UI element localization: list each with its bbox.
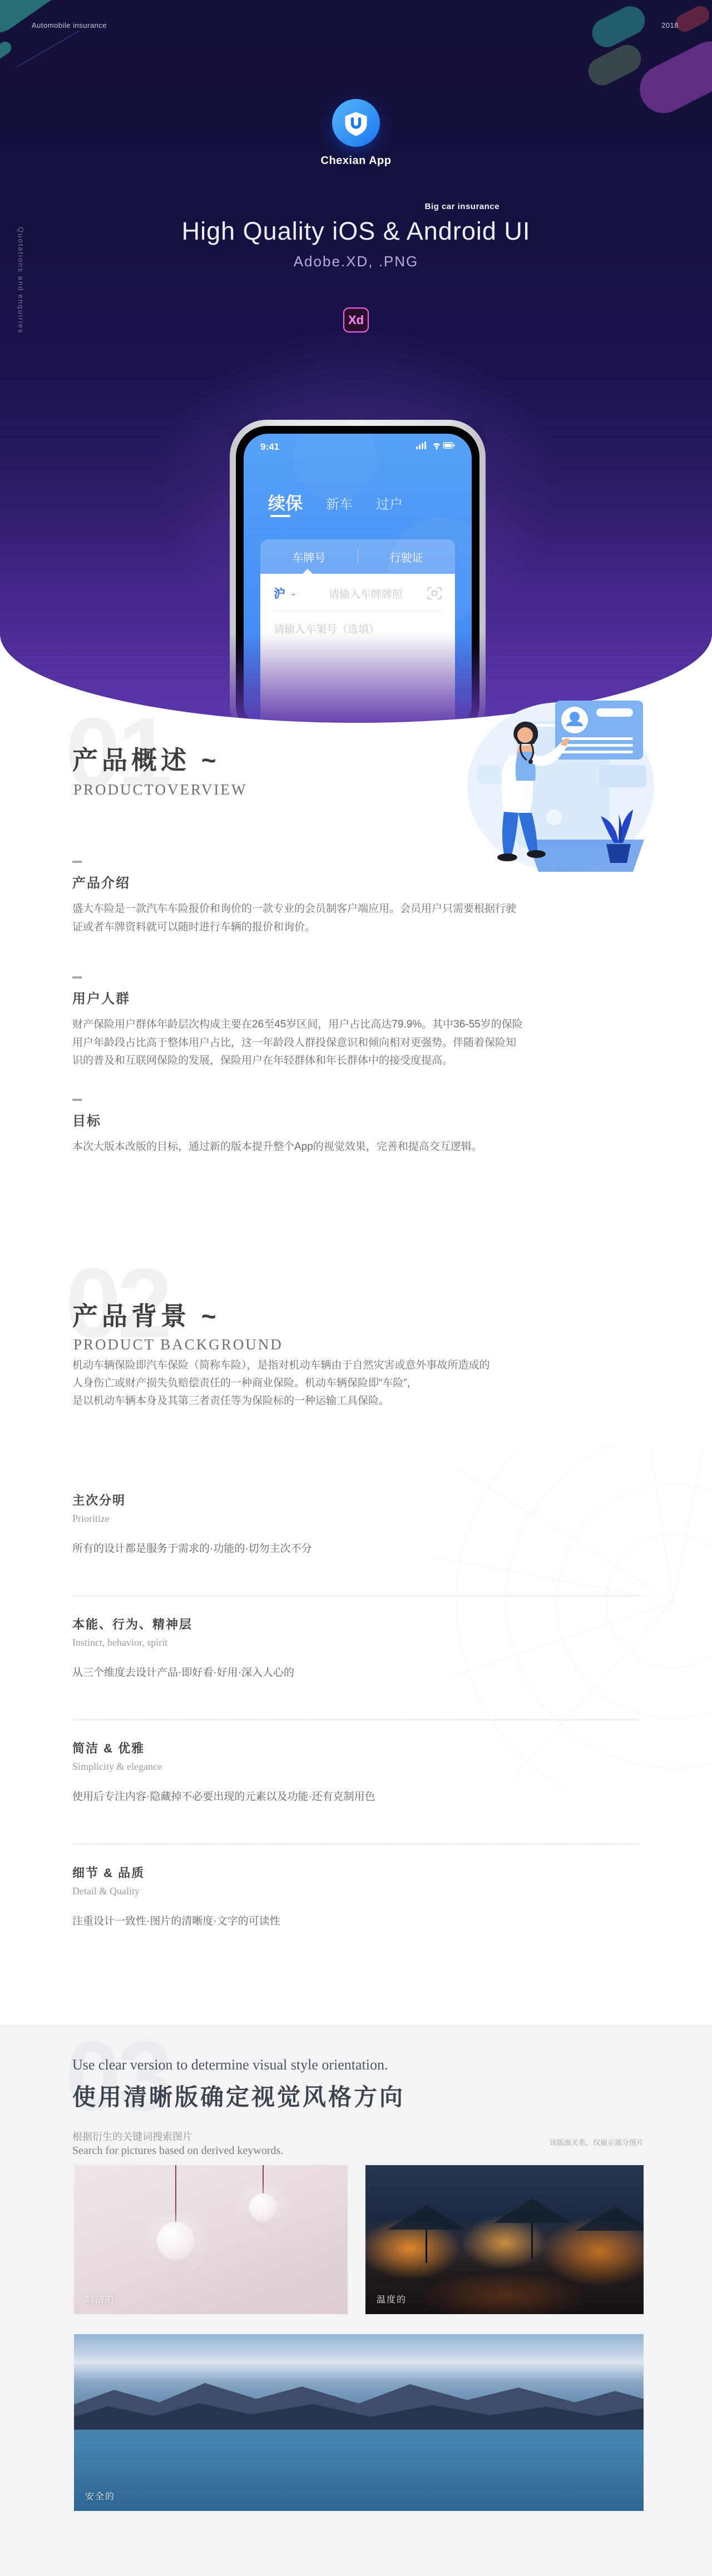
app-tab-bar: 续保 新车 过户	[268, 489, 403, 514]
background-line: 是以机动车辆本身及其第三者责任等为保险标的一种运输工具保险。	[72, 1392, 490, 1410]
photo-caption: 温度的	[377, 2292, 407, 2305]
hero-kicker: Big car insurance	[425, 202, 500, 211]
form-card-body: 沪 ⌄ 请输入车牌牌照	[260, 574, 455, 723]
app-name: Chexian App	[0, 155, 712, 167]
plate-input-row: 沪 ⌄ 请输入车牌牌照	[260, 576, 455, 611]
form-tab-plate[interactable]: 车牌号	[260, 549, 358, 565]
form-active-pointer	[303, 564, 313, 574]
principle-subtitle: Detail & Quality	[72, 1885, 640, 1897]
background-subtitle: PRODUCT BACKGROUND	[73, 1336, 283, 1353]
umbrella-silhouette	[388, 2205, 466, 2230]
tab-new-car[interactable]: 新车	[326, 493, 353, 514]
principle-heading: 主次分明	[72, 1491, 640, 1508]
background-section: 02 产品背景 ~ PRODUCT BACKGROUND 机动车辆保险即汽车保险…	[72, 1254, 646, 1993]
background-title: 产品背景 ~	[72, 1296, 220, 1333]
active-tab-underline	[270, 515, 290, 517]
lamp-cord	[175, 2165, 176, 2225]
block-body: 盛大车险是一款汽车车险报价和询价的一款专业的会员制客户端应用。会员用户只需要根据…	[72, 900, 524, 936]
dotted-divider	[72, 1596, 640, 1596]
principle-subtitle: Simplicity & elegance	[72, 1761, 640, 1773]
decor-pill-slate	[584, 40, 646, 90]
photo-caption: 安全的	[85, 2489, 115, 2502]
hero-subtitle: Adobe.XD, .PNG	[0, 253, 712, 270]
status-bar: 9:41	[244, 441, 472, 453]
vin-input[interactable]: 请输入车架号（选填）	[274, 621, 379, 636]
status-icons	[416, 441, 455, 450]
phone-volume-up-button	[228, 503, 230, 523]
status-time: 9:41	[260, 441, 279, 453]
topbar-left-label: Automobile insurance	[32, 21, 107, 29]
overview-subtitle: PRODUCTOVERVIEW	[73, 781, 247, 798]
phone-mockup: 9:41	[230, 420, 486, 723]
background-line: 机动车辆保险即汽车保险（简称车险），是指对机动车辆由于自然灾害或意外事故所造成的	[72, 1357, 490, 1374]
umbrella-silhouette	[493, 2198, 571, 2223]
block-body: 财产保险用户群体年龄层次构成主要在26至45岁区间，用户占比高达79.9%。其中…	[72, 1016, 524, 1070]
umbrella-silhouette	[576, 2206, 644, 2231]
photo-caption: 简洁的	[85, 2292, 115, 2305]
form-tab-license[interactable]: 行驶证	[358, 549, 456, 565]
adobe-xd-badge: Xd	[343, 307, 369, 332]
quote-form-card: 车牌号 行驶证 沪 ⌄ 请输入车牌牌照	[260, 539, 455, 723]
block-body: 本次大版本改版的目标，通过新的版本提升整个App的视觉效果，完善和提高交互逻辑。	[72, 1138, 524, 1157]
overview-block-goal: 目标 本次大版本改版的目标，通过新的版本提升整个App的视觉效果，完善和提高交互…	[72, 1099, 524, 1157]
block-heading: 目标	[72, 1110, 524, 1129]
principle-body: 所有的设计都是服务于需求的·功能的·切勿主次不分	[72, 1540, 640, 1555]
vin-input-row: 请输入车架号（选填）	[260, 611, 455, 646]
style-side-note: 该版面关系，仅展示部分图片	[550, 2137, 644, 2147]
principle-simplicity: 简洁 & 优雅 Simplicity & elegance 使用后专注内容·隐藏…	[72, 1739, 640, 1803]
background-paragraph: 机动车辆保险即汽车保险（简称车险），是指对机动车辆由于自然灾害或意外事故所造成的…	[72, 1357, 490, 1410]
form-tab-bar: 车牌号 行驶证	[260, 539, 455, 574]
scan-camera-icon[interactable]	[427, 587, 442, 599]
principle-body: 注重设计一致性·图片的清晰度·文字的可读性	[72, 1913, 640, 1928]
style-hint-zh: 根据衍生的关键词搜索图片	[72, 2129, 192, 2143]
tab-transfer[interactable]: 过户	[376, 493, 403, 514]
principle-heading: 细节 & 品质	[72, 1864, 640, 1881]
style-title-zh: 使用清晰版确定视觉风格方向	[72, 2079, 405, 2112]
principle-detail: 细节 & 品质 Detail & Quality 注重设计一致性·图片的清晰度·…	[72, 1864, 640, 1928]
principle-prioritize: 主次分明 Prioritize 所有的设计都是服务于需求的·功能的·切勿主次不分	[72, 1491, 640, 1555]
decor-pill-teal-tip	[0, 39, 14, 62]
app-logo-shield-icon	[332, 99, 380, 147]
overview-block-users: 用户人群 财产保险用户群体年龄层次构成主要在26至45岁区间，用户占比高达79.…	[72, 976, 524, 1070]
principle-subtitle: Instinct, behavior, spirit	[72, 1637, 640, 1649]
moodboard-photo-evening-restaurant: 温度的	[365, 2165, 644, 2314]
tab-renewal[interactable]: 续保	[268, 489, 303, 514]
province-selector[interactable]: 沪	[274, 585, 285, 602]
dotted-divider	[72, 1844, 640, 1844]
lamp-cord	[263, 2165, 264, 2195]
topbar: Automobile insurance 2018	[32, 21, 679, 29]
hero-section: Automobile insurance 2018 Quotations and…	[0, 0, 712, 723]
style-hint-en: Search for pictures based on derived key…	[72, 2145, 283, 2157]
lamp-globe	[249, 2193, 277, 2221]
decor-diagonal-line	[17, 31, 80, 67]
brand-block: Chexian App	[0, 99, 712, 167]
phone-volume-down-button	[228, 531, 230, 562]
style-title-en: Use clear version to determine visual st…	[72, 2057, 388, 2073]
plate-input[interactable]: 请输入车牌牌照	[329, 586, 427, 601]
phone-screen: 9:41	[244, 434, 472, 723]
principle-heading: 本能、行为、精神层	[72, 1615, 640, 1632]
block-dash	[72, 1099, 82, 1101]
umbrella-pole	[426, 2230, 427, 2263]
phone-bezel: 9:41	[236, 426, 479, 723]
moodboard-photo-lake: 安全的	[74, 2334, 644, 2511]
moodboard-photo-lamps: 简洁的	[74, 2165, 348, 2314]
overview-block-intro: 产品介绍 盛大车险是一款汽车车险报价和询价的一款专业的会员制客户端应用。会员用户…	[72, 861, 524, 936]
block-dash	[72, 976, 82, 979]
design-presentation-page: Automobile insurance 2018 Quotations and…	[0, 0, 712, 2576]
principle-subtitle: Prioritize	[72, 1513, 640, 1525]
principle-body: 从三个维度去设计产品·即好看·好用·深入人心的	[72, 1664, 640, 1679]
background-line: 人身伤亡或财产损失负赔偿责任的一种商业保险。机动车辆保险即“车险”，	[72, 1374, 490, 1392]
principle-instinct: 本能、行为、精神层 Instinct, behavior, spirit 从三个…	[72, 1615, 640, 1679]
visual-style-section: 03 Use clear version to determine visual…	[0, 2024, 712, 2576]
decor-pill-maroon	[673, 3, 712, 35]
block-heading: 用户人群	[72, 987, 524, 1007]
block-heading: 产品介绍	[72, 872, 524, 891]
hero-title: High Quality iOS & Android UI	[0, 217, 712, 246]
block-dash	[72, 861, 82, 863]
umbrella-pole	[531, 2223, 533, 2260]
topbar-year: 2018	[661, 21, 679, 29]
principle-body: 使用后专注内容·隐藏掉不必要出现的元素以及功能·还有克制用色	[72, 1788, 640, 1803]
lamp-globe	[157, 2222, 195, 2260]
dotted-divider	[72, 1720, 640, 1720]
principle-heading: 简洁 & 优雅	[72, 1739, 640, 1756]
chevron-down-icon[interactable]: ⌄	[290, 589, 296, 598]
overview-section: 01 产品概述 ~ PRODUCTOVERVIEW 产品介绍 盛大车险是一款汽车…	[72, 703, 646, 1204]
overview-title: 产品概述 ~	[72, 740, 220, 777]
